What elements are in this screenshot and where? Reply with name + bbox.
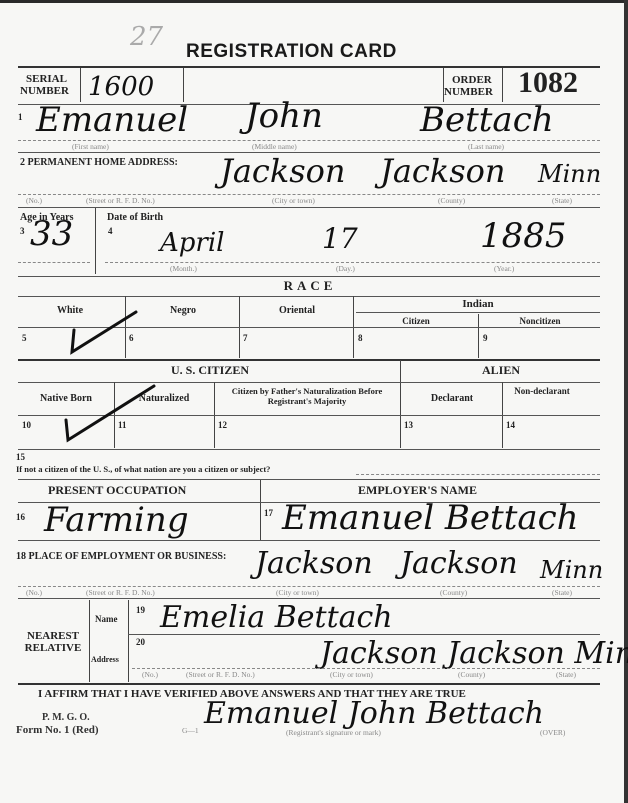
- card-title: REGISTRATION CARD: [186, 41, 397, 63]
- caption: (No.): [142, 670, 158, 679]
- field-number: 13: [404, 420, 413, 430]
- field-number: 3: [20, 226, 25, 236]
- caption: (Month.): [170, 264, 197, 273]
- checkmark-native-born-icon[interactable]: [58, 384, 158, 444]
- divider: [80, 68, 81, 102]
- last-name: Bettach: [420, 100, 554, 140]
- order-label-2: NUMBER: [444, 86, 493, 98]
- divider: [128, 600, 129, 682]
- divider: [478, 314, 479, 358]
- field-number: 4: [108, 226, 113, 236]
- form-code: G—1: [182, 726, 199, 735]
- checkmark-white-icon[interactable]: [64, 308, 144, 358]
- divider: [18, 586, 600, 587]
- employer-label: EMPLOYER'S NAME: [358, 483, 477, 498]
- divider: [260, 480, 261, 540]
- serial-number: 1600: [88, 72, 154, 102]
- caption: (County): [458, 670, 485, 679]
- order-number: 1082: [518, 66, 578, 100]
- divider: [18, 382, 600, 383]
- divider: [356, 312, 600, 313]
- field-number: 15: [16, 452, 25, 462]
- relative-label: RELATIVE: [18, 642, 88, 654]
- birth-label: Date of Birth: [107, 212, 163, 223]
- home-city: Jackson: [220, 152, 346, 190]
- caption: (County): [440, 588, 467, 597]
- divider: [18, 449, 600, 450]
- caption: (County): [438, 196, 465, 205]
- serial-label-2: NUMBER: [20, 85, 69, 97]
- employer-value: Emanuel Bettach: [282, 498, 579, 538]
- caption: (First name): [72, 142, 109, 151]
- home-address-label: 2 PERMANENT HOME ADDRESS:: [20, 157, 178, 168]
- non-declarant-label: Non-declarant: [512, 386, 572, 397]
- divider: [18, 276, 600, 277]
- caption: (City or town): [272, 196, 315, 205]
- caption: (State): [556, 670, 576, 679]
- divider: [18, 140, 600, 141]
- pencil-mark: 27: [130, 22, 163, 52]
- field-number: 12: [218, 420, 227, 430]
- employment-place-label: 18 PLACE OF EMPLOYMENT OR BUSINESS:: [16, 551, 226, 562]
- field-number: 1: [18, 112, 23, 122]
- field-number: 10: [22, 420, 31, 430]
- caption: (City or town): [276, 588, 319, 597]
- employment-county: Jackson: [400, 546, 518, 581]
- caption: (Last name): [468, 142, 504, 151]
- race-indian-citizen-label: Citizen: [356, 316, 476, 326]
- registration-card: 27 REGISTRATION CARD SERIAL NUMBER 1600 …: [0, 0, 628, 803]
- divider: [89, 600, 90, 682]
- field-number: 14: [506, 420, 515, 430]
- caption: (Street or R. F. D. No.): [86, 196, 155, 205]
- race-heading: RACE: [270, 278, 350, 294]
- divider: [18, 359, 600, 361]
- race-indian-noncitizen-label: Noncitizen: [480, 316, 600, 326]
- relative-address: Jackson Jackson Minn: [320, 636, 628, 671]
- caption: (No.): [26, 196, 42, 205]
- caption: (No.): [26, 588, 42, 597]
- relative-name-label: Name: [95, 614, 118, 624]
- caption: (Middle name): [252, 142, 297, 151]
- first-name: Emanuel: [36, 100, 188, 140]
- form-number: Form No. 1 (Red): [16, 724, 98, 736]
- caption: (Street or R. F. D. No.): [186, 670, 255, 679]
- divider: [18, 296, 600, 297]
- divider: [132, 668, 600, 669]
- divider: [356, 474, 600, 475]
- divider: [183, 68, 184, 102]
- caption: (Day.): [336, 264, 355, 273]
- birth-year: 1885: [480, 216, 567, 256]
- divider: [128, 634, 600, 635]
- alien-heading: ALIEN: [402, 363, 600, 378]
- divider: [95, 208, 96, 274]
- declarant-label: Declarant: [404, 393, 500, 404]
- home-county: Jackson: [380, 152, 506, 190]
- relative-name: Emelia Bettach: [160, 600, 393, 635]
- caption: (Year.): [494, 264, 514, 273]
- nearest-label: NEAREST: [18, 630, 88, 642]
- father-naturalization-label: Citizen by Father's Naturalization Befor…: [222, 386, 392, 406]
- caption: (Street or R. F. D. No.): [86, 588, 155, 597]
- race-negro-label: Negro: [128, 305, 238, 316]
- field-number: 17: [264, 508, 273, 518]
- occupation-value: Farming: [44, 500, 189, 540]
- field-number: 7: [243, 333, 248, 343]
- divider: [18, 66, 600, 68]
- serial-label: SERIAL: [26, 73, 67, 85]
- employment-state: Minn: [540, 556, 603, 584]
- divider: [400, 360, 401, 448]
- top-border: [0, 0, 628, 3]
- field-number: 9: [483, 333, 488, 343]
- signature-caption: (Registrant's signature or mark): [286, 728, 381, 737]
- employment-city: Jackson: [255, 546, 373, 581]
- birth-day: 17: [322, 222, 358, 255]
- field-number: 5: [22, 333, 27, 343]
- divider: [18, 262, 90, 263]
- race-oriental-label: Oriental: [242, 305, 352, 316]
- caption: (City or town): [330, 670, 373, 679]
- pmgo-label: P. M. G. O.: [42, 712, 90, 723]
- nationality-question: If not a citizen of the U. S., of what n…: [16, 464, 270, 474]
- race-indian-label: Indian: [356, 298, 600, 310]
- caption: (State): [552, 196, 572, 205]
- field-number: 19: [136, 605, 145, 615]
- divider: [18, 683, 600, 685]
- divider: [105, 262, 600, 263]
- age-value: 33: [30, 214, 73, 254]
- home-state: Minn: [538, 160, 601, 188]
- field-number: 16: [16, 512, 25, 522]
- field-number: 20: [136, 637, 145, 647]
- order-label: ORDER: [452, 74, 492, 86]
- divider: [502, 68, 503, 102]
- divider: [18, 194, 600, 195]
- us-citizen-heading: U. S. CITIZEN: [20, 363, 400, 378]
- divider: [18, 207, 600, 208]
- divider: [18, 540, 600, 541]
- divider: [18, 479, 600, 480]
- right-border: [624, 0, 628, 803]
- field-number: 8: [358, 333, 363, 343]
- middle-name: John: [245, 96, 323, 136]
- birth-month: April: [160, 228, 224, 258]
- divider: [18, 598, 600, 599]
- registrant-signature: Emanuel John Bettach: [204, 696, 544, 731]
- relative-address-label: Address: [91, 655, 119, 664]
- over-label: (OVER): [540, 728, 565, 737]
- caption: (State): [552, 588, 572, 597]
- occupation-label: PRESENT OCCUPATION: [48, 483, 186, 498]
